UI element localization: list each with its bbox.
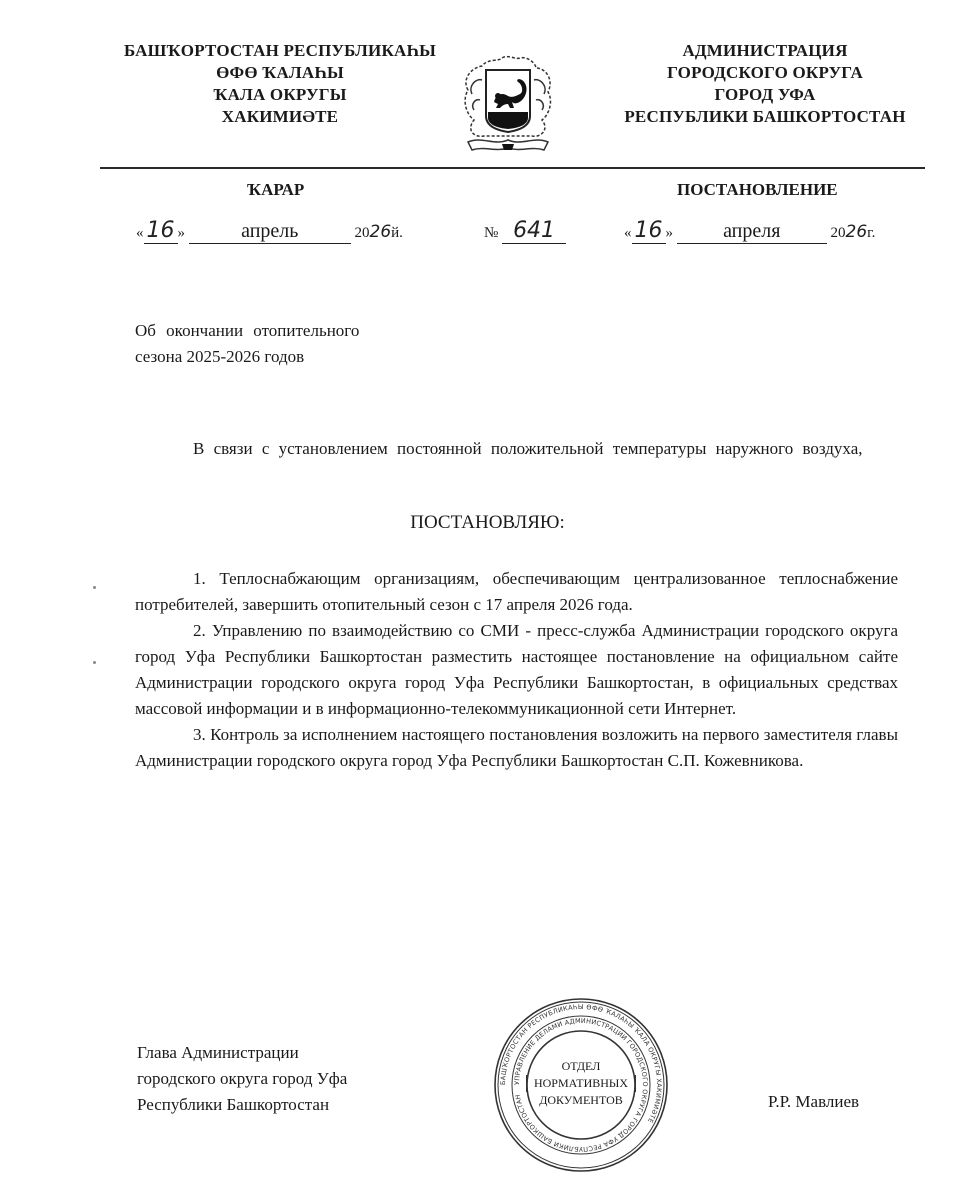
quote-close: »	[178, 225, 186, 241]
header-bashkir: БАШҠОРТОСТАН РЕСПУБЛИКАҺЫ ӨФӨ ҠАЛАҺЫ ҠАЛ…	[95, 40, 465, 128]
header-bashkir-line: БАШҠОРТОСТАН РЕСПУБЛИКАҺЫ	[95, 40, 465, 62]
signature-title-line: Глава Администрации	[137, 1040, 347, 1066]
header-russian-line: ГОРОДСКОГО ОКРУГА	[600, 62, 930, 84]
header-russian-line: РЕСПУБЛИКИ БАШКОРТОСТАН	[600, 106, 930, 128]
resolution-item: 2. Управлению по взаимодействию со СМИ -…	[135, 618, 898, 722]
year-unit: й.	[391, 225, 403, 241]
header-bashkir-line: ӨФӨ ҠАЛАҺЫ	[95, 62, 465, 84]
year-suffix: 26	[370, 222, 392, 242]
signature-title: Глава Администрации городского округа го…	[137, 1040, 347, 1118]
document-number: № 641	[484, 218, 566, 244]
doc-type-bashkir: ҠАРАР	[247, 180, 304, 200]
year-prefix: 20	[831, 225, 846, 241]
header-russian-line: ГОРОД УФА	[600, 84, 930, 106]
scan-mark	[93, 586, 96, 589]
number-sign: №	[484, 225, 498, 241]
month-field: апрель	[189, 220, 351, 244]
subject-line: сезона 2025-2026 годов	[135, 344, 359, 370]
header-russian-line: АДМИНИСТРАЦИЯ	[600, 40, 930, 62]
resolution-item: 3. Контроль за исполнением настоящего по…	[135, 722, 898, 774]
scan-mark	[93, 661, 96, 664]
official-stamp: БАШҠОРТОСТАН РЕСПУБЛИКАҺЫ ӨФӨ ҠАЛАҺЫ ҠАЛ…	[492, 996, 670, 1174]
doc-type-russian: ПОСТАНОВЛЕНИЕ	[677, 180, 838, 200]
date-bashkir: «16» апрель 2026й.	[136, 218, 403, 244]
year-prefix: 20	[355, 225, 370, 241]
quote-close: »	[666, 225, 674, 241]
quote-open: «	[624, 225, 632, 241]
coat-of-arms-icon	[458, 50, 558, 154]
day-field: 16	[632, 218, 666, 244]
header-bashkir-line: ХАКИМИӘТЕ	[95, 106, 465, 128]
date-russian: «16» апреля 2026г.	[624, 218, 875, 244]
year-unit: г.	[867, 225, 875, 241]
quote-open: «	[136, 225, 144, 241]
stamp-center: ОТДЕЛ НОРМАТИВНЫХ ДОКУМЕНТОВ	[526, 1058, 636, 1109]
resolution-items: 1. Теплоснабжающим организациям, обеспеч…	[135, 566, 898, 774]
year-suffix: 26	[846, 222, 868, 242]
resolve-heading: ПОСТАНОВЛЯЮ:	[0, 512, 975, 534]
stamp-center-line: ДОКУМЕНТОВ	[526, 1092, 636, 1109]
day-field: 16	[144, 218, 178, 244]
header-bashkir-line: ҠАЛА ОКРУГЫ	[95, 84, 465, 106]
subject-line: Об окончании отопительного	[135, 318, 359, 344]
document-subject: Об окончании отопительного сезона 2025-2…	[135, 318, 359, 370]
stamp-center-line: НОРМАТИВНЫХ	[526, 1075, 636, 1092]
preamble: В связи с установлением постоянной полож…	[135, 436, 898, 462]
month-field: апреля	[677, 220, 827, 244]
resolution-item: 1. Теплоснабжающим организациям, обеспеч…	[135, 566, 898, 618]
header-russian: АДМИНИСТРАЦИЯ ГОРОДСКОГО ОКРУГА ГОРОД УФ…	[600, 40, 930, 128]
number-value: 641	[502, 218, 566, 244]
signature-title-line: городского округа город Уфа	[137, 1066, 347, 1092]
signatory-name: Р.Р. Мавлиев	[768, 1092, 859, 1112]
signature-title-line: Республики Башкортостан	[137, 1092, 347, 1118]
stamp-center-line: ОТДЕЛ	[526, 1058, 636, 1075]
header-divider	[100, 167, 925, 169]
